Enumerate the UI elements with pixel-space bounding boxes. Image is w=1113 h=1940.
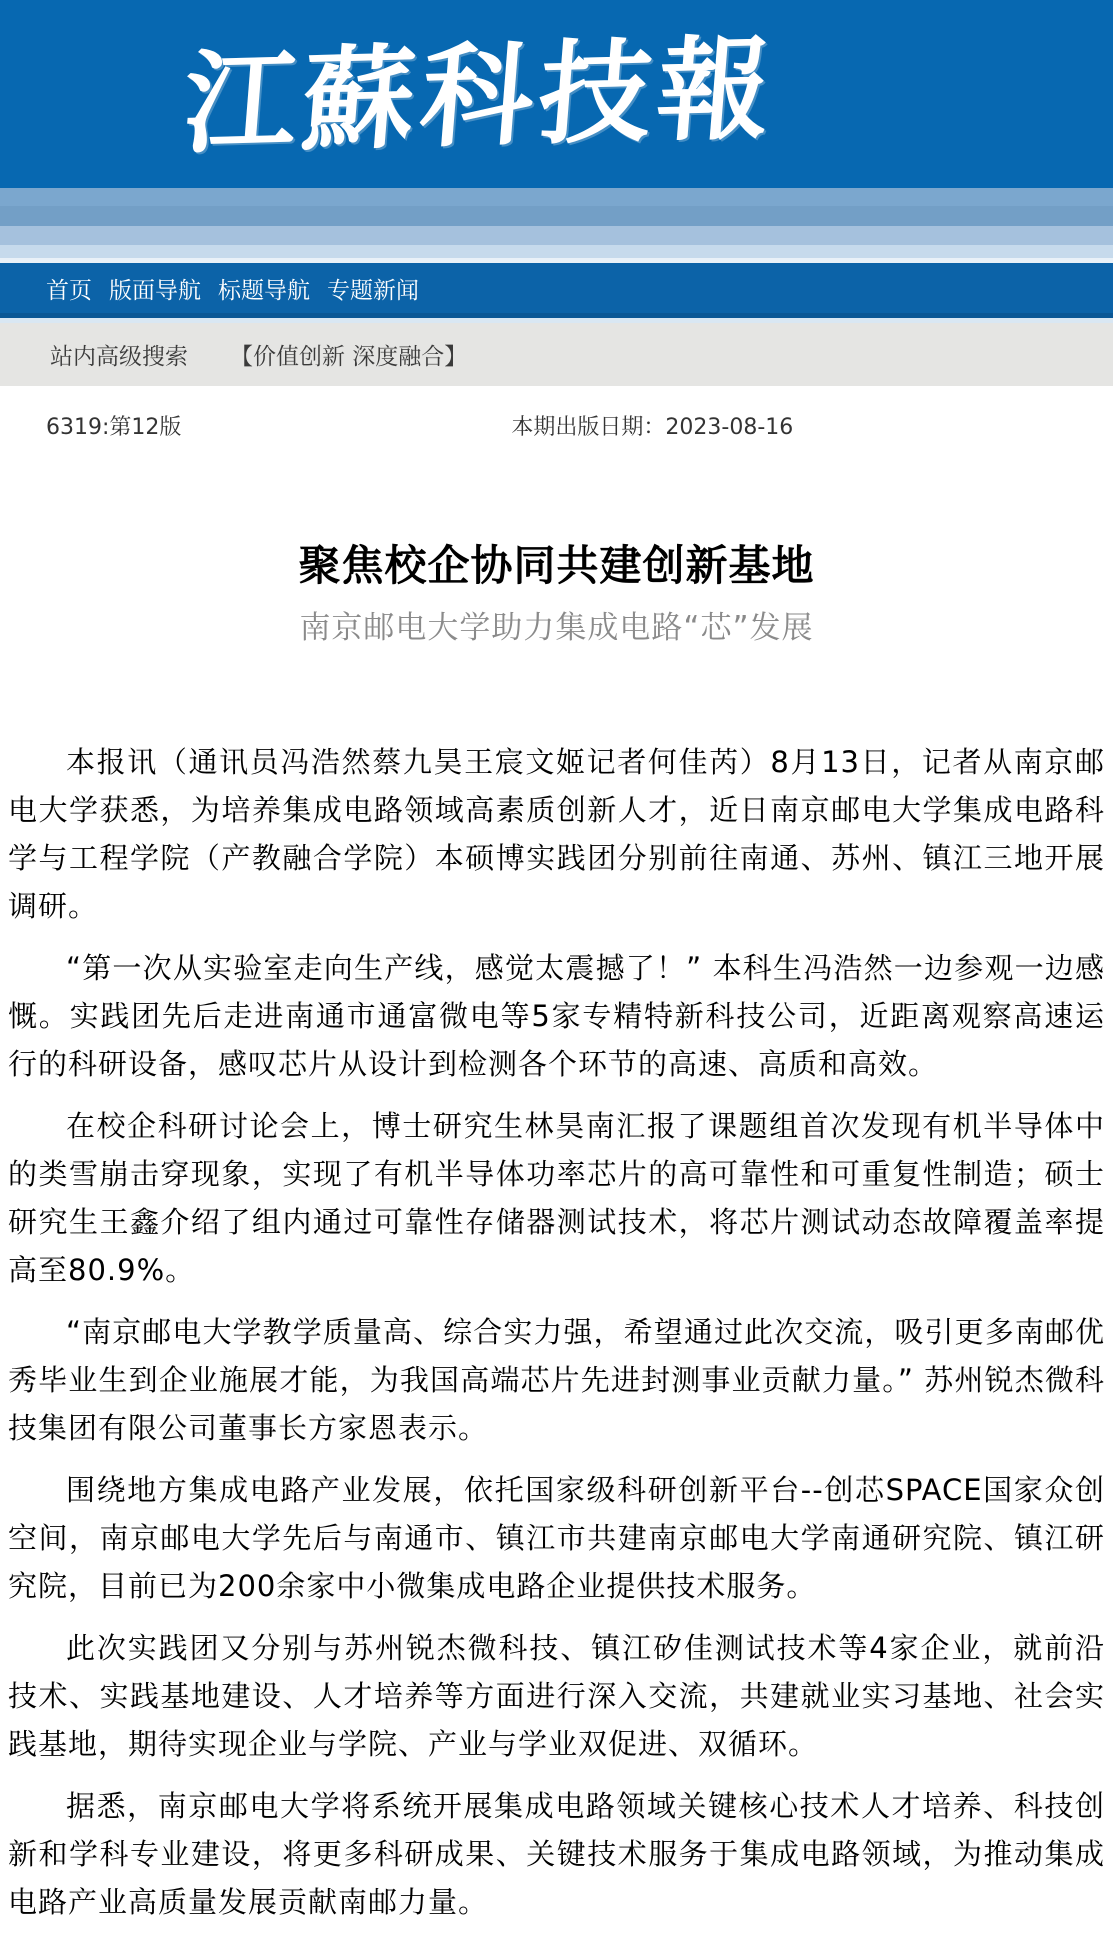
article-body: 本报讯（通讯员冯浩然蔡九昊王宸文姬记者何佳芮）8月13日，记者从南京邮电大学获悉…: [0, 738, 1113, 1926]
news-article-page: 江蘇科技報 首页 版面导航 标题导航 专题新闻 站内高级搜索 【价值创新 深度融…: [0, 0, 1113, 1940]
article-paragraph: 在校企科研讨论会上，博士研究生林昊南汇报了课题组首次发现有机半导体中的类雪崩击穿…: [8, 1102, 1105, 1294]
publish-date-label: 本期出版日期：2023-08-16: [511, 410, 793, 441]
article-paragraph: 围绕地方集成电路产业发展，依托国家级科研创新平台--创芯SPACE国家众创空间，…: [8, 1466, 1105, 1610]
advanced-search-link[interactable]: 站内高级搜索: [50, 338, 188, 371]
article-paragraph: 此次实践团又分别与苏州锐杰微科技、镇江矽佳测试技术等4家企业，就前沿技术、实践基…: [8, 1624, 1105, 1768]
slogan-link[interactable]: 【价值创新 深度融合】: [230, 338, 467, 371]
article-paragraph: “第一次从实验室走向生产线，感觉太震撼了！” 本科生冯浩然一边参观一边感慨。实践…: [8, 944, 1105, 1088]
nav-item-home[interactable]: 首页: [46, 272, 92, 305]
article-subtitle: 南京邮电大学助力集成电路“芯”发展: [0, 613, 1113, 644]
masthead-banner: 江蘇科技報: [0, 0, 1113, 188]
nav-item-page-navigation[interactable]: 版面导航: [109, 272, 201, 305]
sub-nav: 站内高级搜索 【价值创新 深度融合】: [0, 323, 1113, 386]
nav-item-headline-navigation[interactable]: 标题导航: [218, 272, 310, 305]
decorative-stripe-band: [0, 188, 1113, 258]
issue-info-row: 6319:第12版 本期出版日期：2023-08-16: [0, 386, 1113, 441]
article-paragraph: 本报讯（通讯员冯浩然蔡九昊王宸文姬记者何佳芮）8月13日，记者从南京邮电大学获悉…: [8, 738, 1105, 930]
newspaper-logo[interactable]: 江蘇科技報: [180, 33, 780, 160]
article-paragraph: 据悉，南京邮电大学将系统开展集成电路领域关键核心技术人才培养、科技创新和学科专业…: [8, 1782, 1105, 1926]
nav-item-special-news[interactable]: 专题新闻: [327, 272, 419, 305]
article-paragraph: “南京邮电大学教学质量高、综合实力强，希望通过此次交流，吸引更多南邮优秀毕业生到…: [8, 1308, 1105, 1452]
main-nav: 首页 版面导航 标题导航 专题新闻: [0, 263, 1113, 318]
article-title: 聚焦校企协同共建创新基地: [0, 545, 1113, 587]
issue-number-label: 6319:第12版: [46, 410, 181, 441]
